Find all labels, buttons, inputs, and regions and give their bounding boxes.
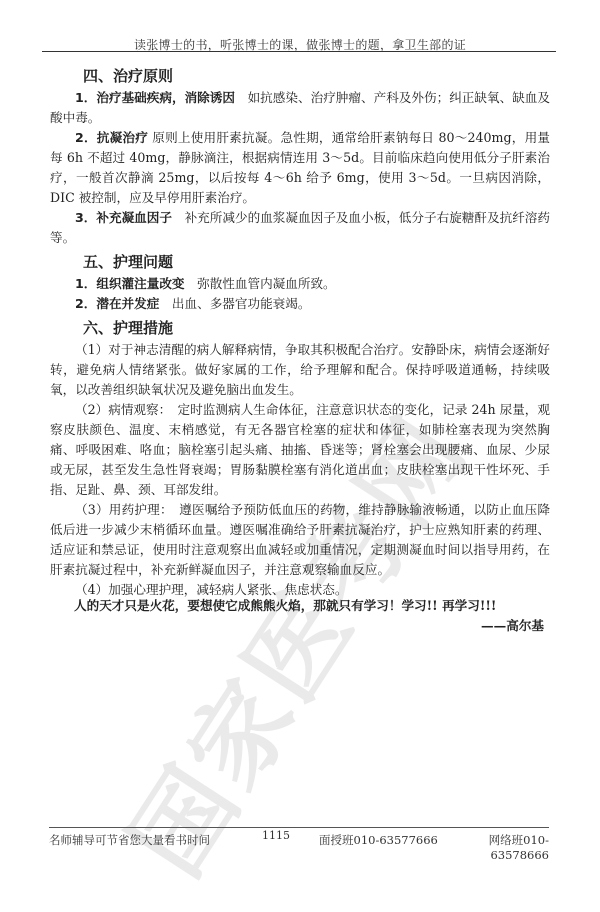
page-number: 1115: [262, 829, 319, 842]
quote-text: 人的天才只是火花，要想使它成熊熊火焰，那就只有学习！学习!! 再学习!!!: [74, 596, 544, 616]
header-divider: [42, 51, 556, 52]
paragraph-lead: 1．治疗基础疾病，消除诱因: [75, 90, 235, 105]
quote-author: ——高尔基: [74, 616, 544, 636]
list-item: 1．组织灌注量改变 弥散性血管内凝血所致。: [50, 274, 550, 294]
paragraph: （2）病情观察： 定时监测病人生命体征，注意意识状态的变化，记录 24h 尿量，…: [50, 400, 550, 500]
section-title-nursing-problems: 五、护理问题: [50, 250, 550, 274]
item-lead: 1．组织灌注量改变: [75, 276, 185, 291]
paragraph: 3．补充凝血因子 补充所减少的血浆凝血因子及血小板，低分子右旋糖酐及抗纤溶药等。: [50, 208, 550, 248]
paragraph: 1．治疗基础疾病，消除诱因 如抗感染、治疗肿瘤、产科及外伤；纠正缺氧、缺血及酸中…: [50, 88, 550, 128]
item-text: 弥散性血管内凝血所致。: [185, 276, 336, 291]
motivational-quote: 人的天才只是火花，要想使它成熊熊火焰，那就只有学习！学习!! 再学习!!! ——…: [74, 596, 544, 636]
item-text: 出血、多器官功能衰竭。: [159, 296, 310, 311]
section-title-treatment: 四、治疗原则: [50, 64, 550, 88]
document-body: 四、治疗原则 1．治疗基础疾病，消除诱因 如抗感染、治疗肿瘤、产科及外伤；纠正缺…: [50, 62, 550, 600]
footer-tagline: 名师辅导可节省您大量看书时间: [49, 832, 262, 848]
page-footer: 名师辅导可节省您大量看书时间 1115 面授班010-63577666 网络班0…: [49, 832, 549, 862]
online-class-phone: 网络班010-63578666: [443, 832, 549, 862]
paragraph: 2．抗凝治疗 原则上使用肝素抗凝。急性期，通常给肝素钠每日 80～240mg，用…: [50, 128, 550, 208]
paragraph-lead: 3．补充凝血因子: [75, 210, 172, 225]
list-item: 2．潜在并发症 出血、多器官功能衰竭。: [50, 294, 550, 314]
item-lead: 2．潜在并发症: [75, 296, 159, 311]
footer-divider: [49, 827, 549, 828]
onsite-class-phone: 面授班010-63577666: [319, 832, 443, 848]
paragraph-lead: 2．抗凝治疗: [75, 130, 148, 145]
paragraph: （3）用药护理： 遵医嘱给予预防低血压的药物，维持静脉输液畅通，以防止血压降低后…: [50, 500, 550, 580]
section-title-nursing-measures: 六、护理措施: [50, 316, 550, 340]
paragraph: （1）对于神志清醒的病人解释病情，争取其积极配合治疗。安静卧床，病情会逐渐好转，…: [50, 340, 550, 400]
